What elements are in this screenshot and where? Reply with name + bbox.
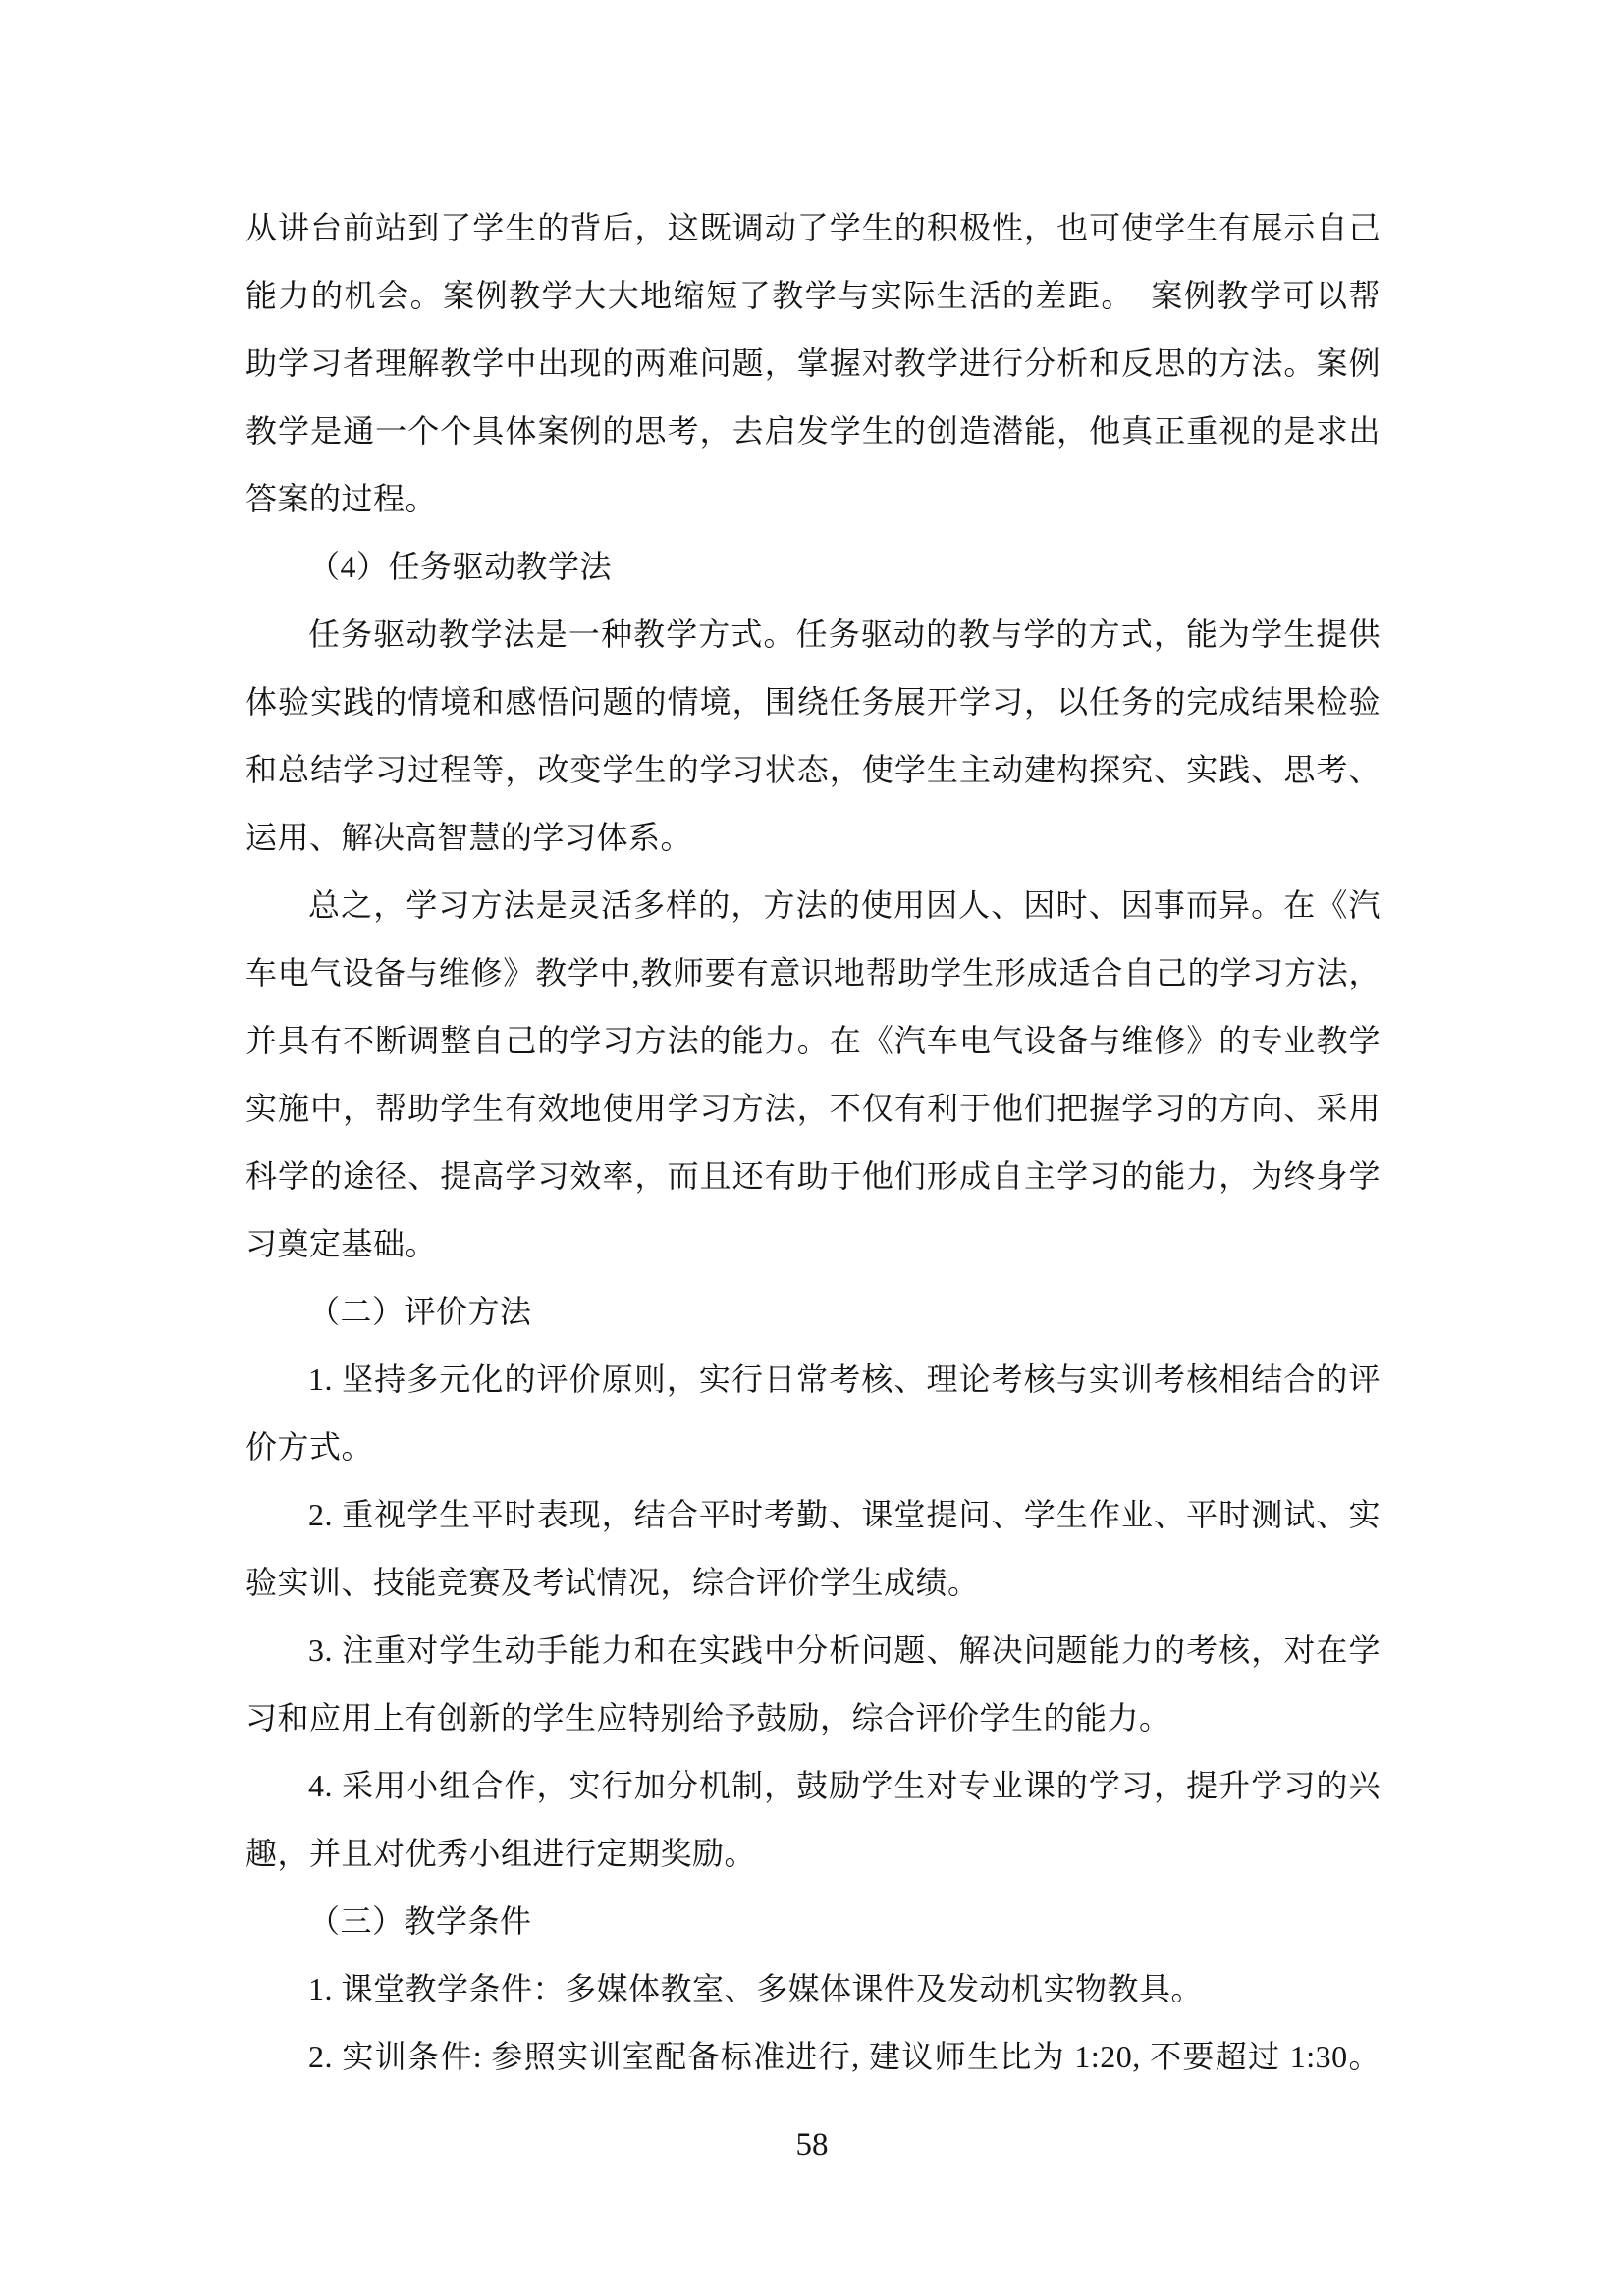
text-line: 能力的机会。案例教学大大地缩短了教学与实际生活的差距。 案例教学可以帮 (245, 262, 1380, 330)
text-line: 运用、解决高智慧的学习体系。 (245, 804, 1380, 872)
text-line: 并具有不断调整自己的学习方法的能力。在《汽车电气设备与维修》的专业教学 (245, 1007, 1380, 1075)
text-line: 价方式。 (245, 1414, 1380, 1481)
text-line: 习奠定基础。 (245, 1210, 1380, 1278)
text-line: 和总结学习过程等，改变学生的学习状态，使学生主动建构探究、实践、思考、 (245, 736, 1380, 804)
text-line: 助学习者理解教学中出现的两难问题，掌握对教学进行分析和反思的方法。案例 (245, 330, 1380, 398)
text-line: （4）任务驱动教学法 (245, 533, 1380, 601)
page-body-text: 从讲台前站到了学生的背后，这既调动了学生的积极性，也可使学生有展示自己能力的机会… (245, 194, 1380, 2091)
text-line: 习和应用上有创新的学生应特别给予鼓励，综合评价学生的能力。 (245, 1684, 1380, 1752)
text-line: 科学的途径、提高学习效率，而且还有助于他们形成自主学习的能力，为终身学 (245, 1143, 1380, 1210)
text-line: 趣，并且对优秀小组进行定期奖励。 (245, 1820, 1380, 1888)
text-line: 2. 重视学生平时表现，结合平时考勤、课堂提问、学生作业、平时测试、实 (245, 1481, 1380, 1549)
text-line: 答案的过程。 (245, 465, 1380, 533)
text-line: 验实训、技能竞赛及考试情况，综合评价学生成绩。 (245, 1549, 1380, 1617)
text-line: 实施中，帮助学生有效地使用学习方法，不仅有利于他们把握学习的方向、采用 (245, 1075, 1380, 1143)
text-line: 总之，学习方法是灵活多样的，方法的使用因人、因时、因事而异。在《汽 (245, 872, 1380, 939)
text-line: 从讲台前站到了学生的背后，这既调动了学生的积极性，也可使学生有展示自己 (245, 194, 1380, 262)
page-footer: 58 (0, 2120, 1624, 2169)
text-line: 任务驱动教学法是一种教学方式。任务驱动的教与学的方式，能为学生提供 (245, 601, 1380, 668)
text-line: 2. 实训条件: 参照实训室配备标准进行, 建议师生比为 1:20, 不要超过 … (245, 2023, 1380, 2091)
text-line: （二）评价方法 (245, 1278, 1380, 1346)
text-line: 教学是通一个个具体案例的思考，去启发学生的创造潜能，他真正重视的是求出 (245, 398, 1380, 465)
text-line: 4. 采用小组合作，实行加分机制，鼓励学生对专业课的学习，提升学习的兴 (245, 1752, 1380, 1820)
text-line: 体验实践的情境和感悟问题的情境，围绕任务展开学习，以任务的完成结果检验 (245, 668, 1380, 736)
text-line: 3. 注重对学生动手能力和在实践中分析问题、解决问题能力的考核，对在学 (245, 1617, 1380, 1684)
document-page: 从讲台前站到了学生的背后，这既调动了学生的积极性，也可使学生有展示自己能力的机会… (0, 0, 1624, 2296)
text-line: 1. 课堂教学条件：多媒体教室、多媒体课件及发动机实物教具。 (245, 1955, 1380, 2023)
text-line: （三）教学条件 (245, 1888, 1380, 1955)
text-line: 车电气设备与维修》教学中,教师要有意识地帮助学生形成适合自己的学习方法， (245, 939, 1380, 1007)
page-number: 58 (796, 2127, 829, 2163)
text-line: 1. 坚持多元化的评价原则，实行日常考核、理论考核与实训考核相结合的评 (245, 1346, 1380, 1414)
